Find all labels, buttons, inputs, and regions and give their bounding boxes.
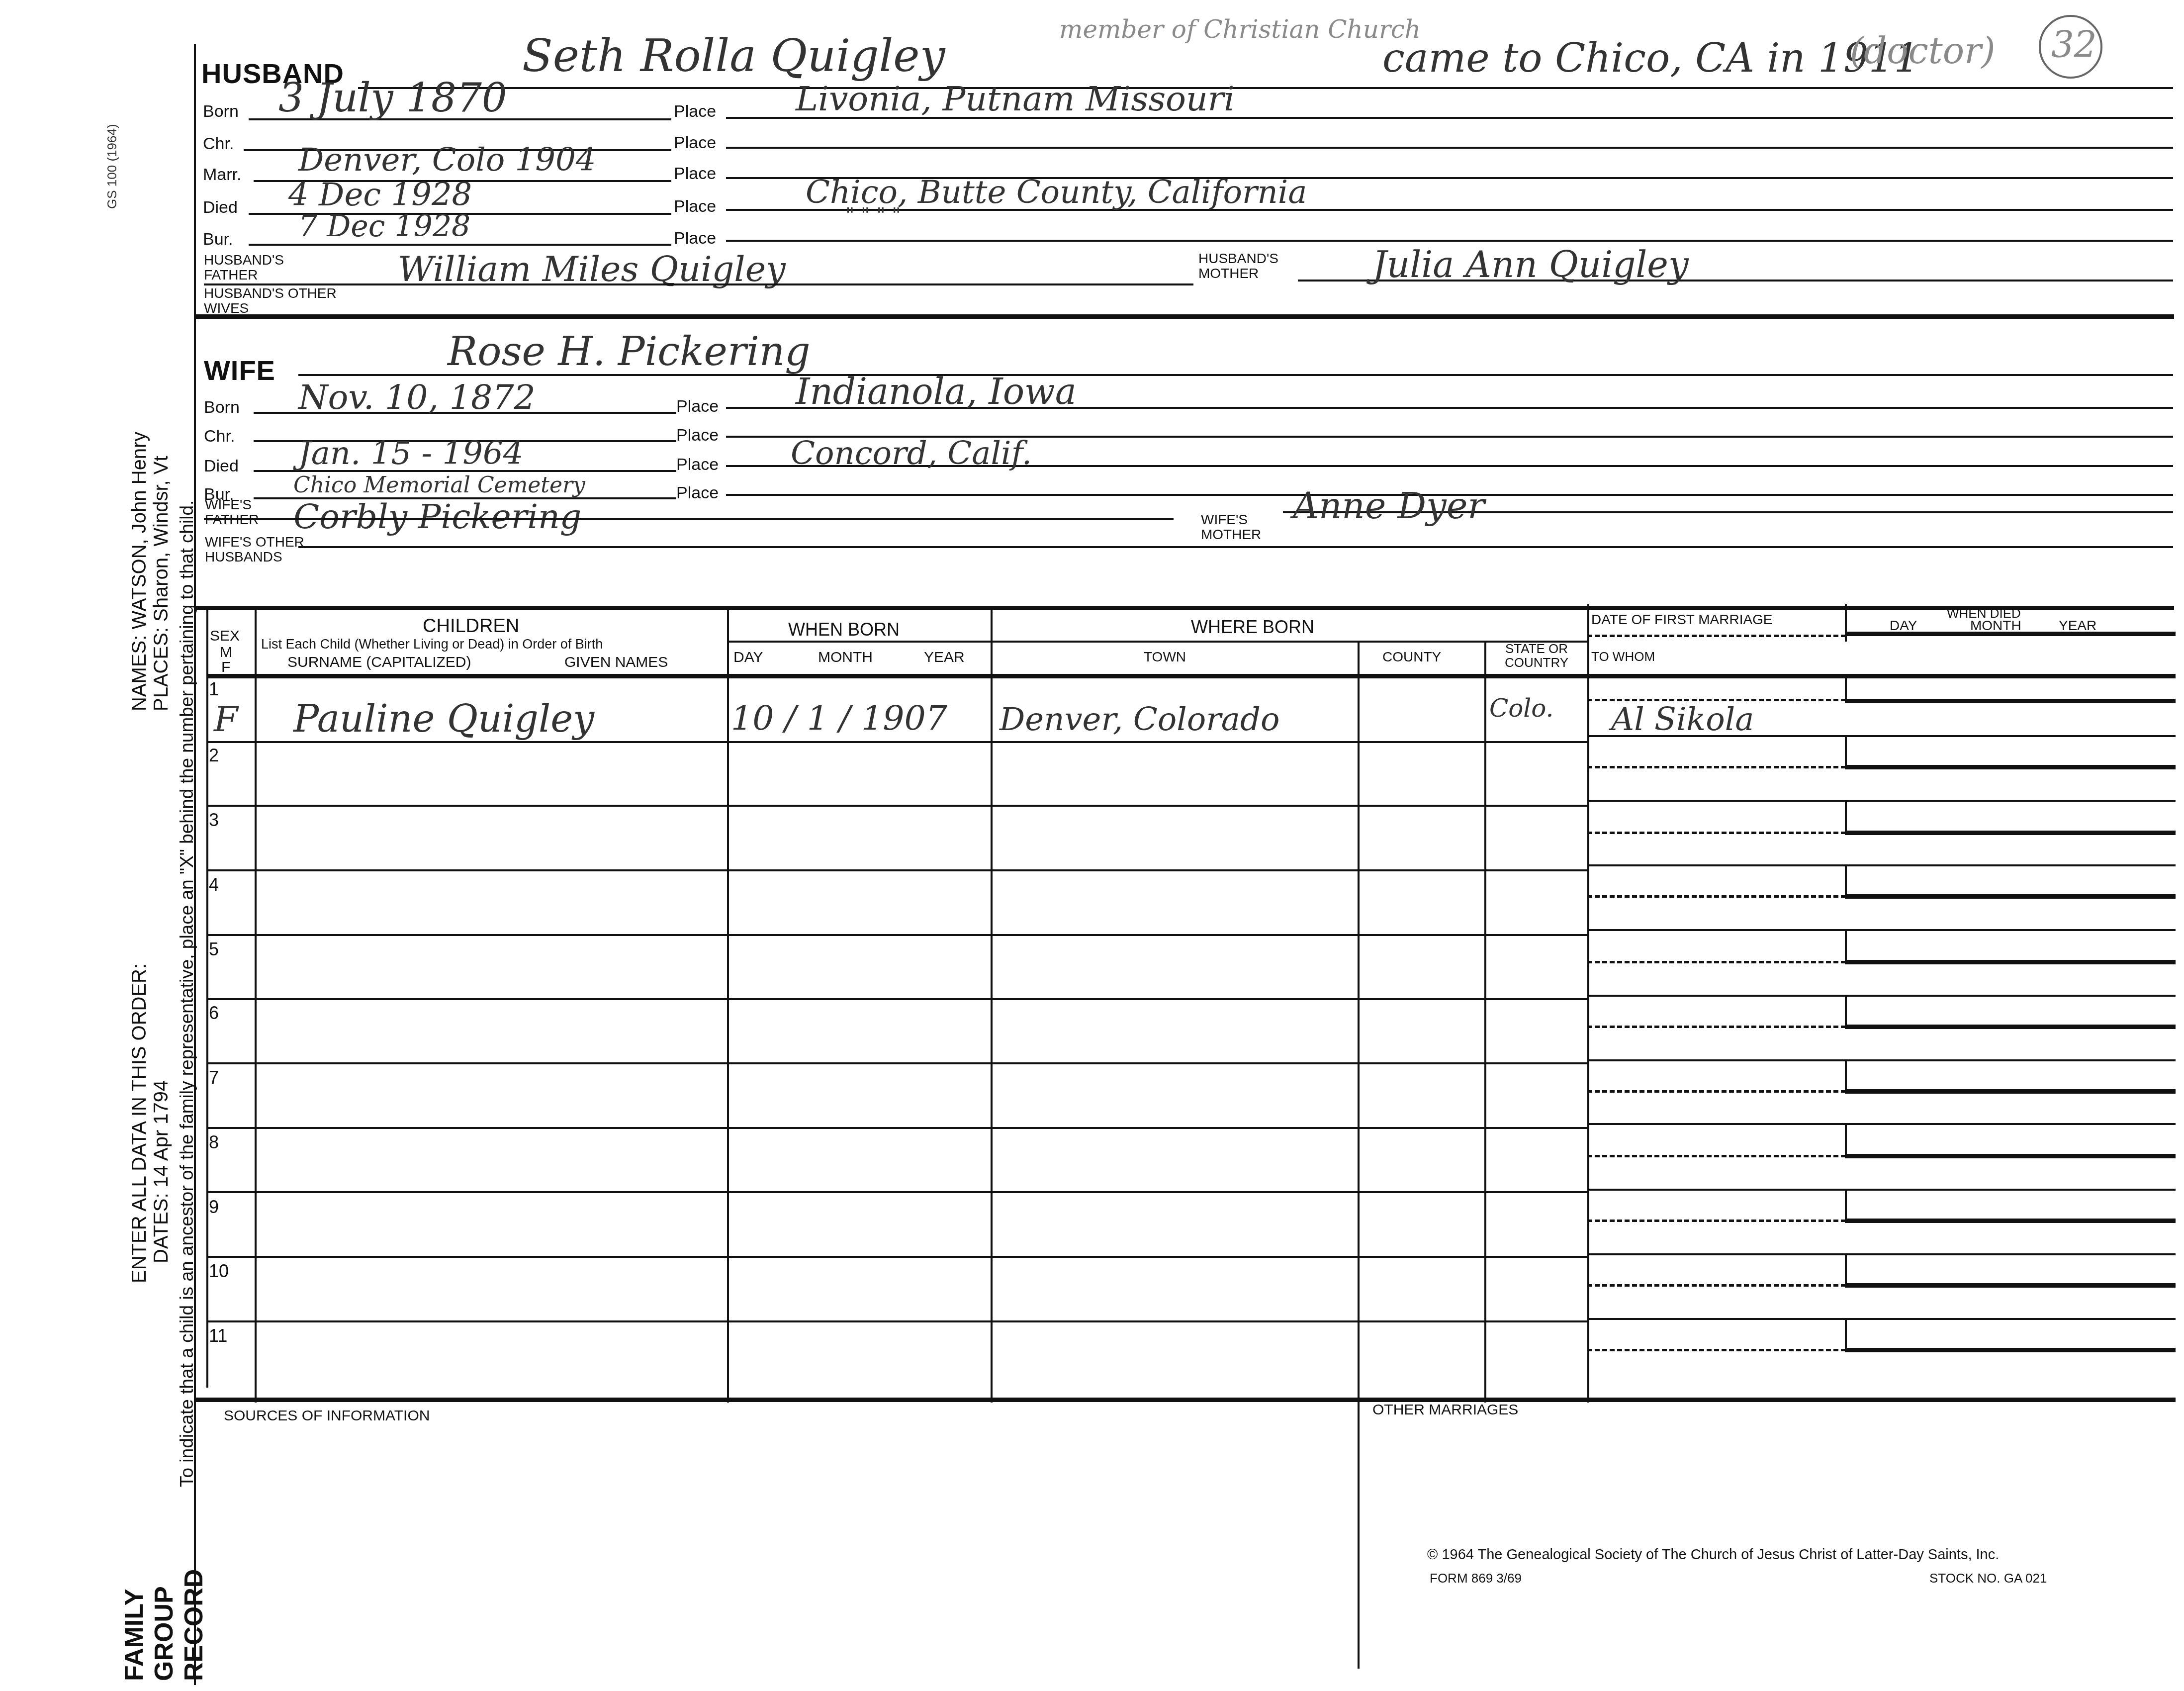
instruction-places: PLACES: Sharon, Windsr, Vt bbox=[150, 456, 173, 711]
husband-name[interactable]: Seth Rolla Quigley bbox=[522, 30, 945, 82]
col-sex-divider bbox=[255, 609, 257, 1403]
right-row-line-6 bbox=[1587, 1059, 2176, 1061]
row-line-2 bbox=[206, 805, 1587, 807]
table-bottom-line bbox=[195, 1398, 2176, 1402]
frame-left-border bbox=[194, 44, 196, 1685]
wife-died-place-label: Place bbox=[676, 455, 719, 474]
died-line-3 bbox=[1845, 831, 2176, 835]
died-vline-3 bbox=[1845, 800, 1847, 833]
header-children: CHILDREN bbox=[423, 616, 519, 637]
instruction-names: NAMES: WATSON, John Henry bbox=[128, 432, 151, 711]
husband-born-place[interactable]: Livonia, Putnam Missouri bbox=[796, 80, 1235, 119]
husband-bur-label: Bur. bbox=[203, 230, 233, 249]
husband-marr-place-label: Place bbox=[674, 164, 716, 184]
died-vline-11 bbox=[1845, 1318, 1847, 1350]
row-number-2: 2 bbox=[209, 745, 219, 766]
died-line-10 bbox=[1845, 1283, 2176, 1288]
header-county: COUNTY bbox=[1382, 649, 1441, 665]
husband-born-date[interactable]: 3 July 1870 bbox=[278, 75, 507, 121]
header-month: MONTH bbox=[818, 649, 873, 666]
right-row-line-9 bbox=[1587, 1253, 2176, 1255]
col-county-divider bbox=[1484, 641, 1486, 1403]
header-year: YEAR bbox=[924, 649, 965, 666]
died-line-11 bbox=[1845, 1348, 2176, 1352]
marr-dash-2 bbox=[1587, 766, 1846, 768]
wife-chr-label: Chr. bbox=[204, 427, 235, 446]
husband-bur-date-line bbox=[249, 244, 671, 246]
header-bottom-line bbox=[206, 674, 2176, 678]
child-1-town[interactable]: Denver, Colorado bbox=[1000, 701, 1279, 738]
husband-mother[interactable]: Julia Ann Quigley bbox=[1372, 244, 1689, 285]
row-number-3: 3 bbox=[209, 810, 219, 831]
row-number-9: 9 bbox=[209, 1197, 219, 1218]
died-vline-7 bbox=[1845, 1059, 1847, 1091]
husband-section-divider bbox=[195, 314, 2174, 319]
row-line-7 bbox=[206, 1127, 1587, 1129]
header-sex-f: F bbox=[221, 659, 230, 676]
husband-marr-label: Marr. bbox=[203, 165, 241, 185]
instruction-dates: DATES: 14 Apr 1794 bbox=[150, 1080, 173, 1263]
marr-dash-6 bbox=[1587, 1026, 1846, 1028]
row-line-6 bbox=[206, 1062, 1587, 1064]
row-number-11: 11 bbox=[209, 1325, 227, 1346]
header-children-sub: List Each Child (Whether Living or Dead)… bbox=[261, 637, 603, 652]
form-title-group: GROUP bbox=[149, 1586, 179, 1681]
marr-dash-4 bbox=[1587, 895, 1846, 898]
marr-dash-9 bbox=[1587, 1220, 1846, 1222]
right-row-line-5 bbox=[1587, 995, 2176, 997]
died-vline-4 bbox=[1845, 864, 1847, 896]
wife-other-husbands-label: WIFE'S OTHER HUSBANDS bbox=[205, 535, 314, 564]
died-vline-1 bbox=[1845, 675, 1847, 701]
died-vline-6 bbox=[1845, 995, 1847, 1027]
header-subrow-line bbox=[727, 641, 1587, 643]
header-day: DAY bbox=[733, 649, 763, 666]
header-died-year: YEAR bbox=[2059, 618, 2096, 634]
husband-bur-place[interactable]: " " " " bbox=[845, 204, 901, 227]
died-vline-5 bbox=[1845, 929, 1847, 961]
wife-died-label: Died bbox=[204, 457, 239, 476]
row-line-10 bbox=[206, 1320, 1587, 1322]
husband-other-wives-label: HUSBAND'S OTHER WIVES bbox=[204, 286, 343, 316]
wife-born-date[interactable]: Nov. 10, 1872 bbox=[298, 378, 536, 417]
husband-born-place-label: Place bbox=[674, 102, 716, 121]
row-number-8: 8 bbox=[209, 1132, 219, 1153]
header-to-whom: TO WHOM bbox=[1591, 649, 1655, 664]
row-line-1 bbox=[206, 741, 1587, 743]
wife-mother-label: WIFE'S MOTHER bbox=[1201, 512, 1290, 542]
died-line-2 bbox=[1845, 765, 2176, 769]
record-number: 32 bbox=[2051, 24, 2097, 66]
marr-dash-3 bbox=[1587, 832, 1846, 834]
husband-chr-place-label: Place bbox=[674, 133, 716, 153]
wife-bur-date[interactable]: Chico Memorial Cemetery bbox=[293, 472, 585, 498]
husband-name-line bbox=[358, 87, 2173, 89]
wife-born-label: Born bbox=[204, 398, 240, 417]
header-state-country: STATE OR COUNTRY bbox=[1489, 642, 1584, 669]
row-line-3 bbox=[206, 869, 1587, 871]
row-line-5 bbox=[206, 998, 1587, 1000]
died-line-1 bbox=[1845, 699, 2176, 703]
row-number-4: 4 bbox=[209, 874, 219, 895]
header-town: TOWN bbox=[1144, 649, 1186, 665]
header-given-names: GIVEN NAMES bbox=[564, 654, 668, 671]
header-surname: SURNAME (CAPITALIZED) bbox=[287, 654, 471, 671]
wife-died-place[interactable]: Concord, Calif. bbox=[791, 435, 1032, 472]
col-whenborn-divider bbox=[991, 609, 993, 1403]
husband-bur-date[interactable]: 7 Dec 1928 bbox=[298, 209, 470, 244]
marr-dash-5 bbox=[1587, 961, 1846, 963]
header-where-born: WHERE BORN bbox=[1191, 617, 1314, 638]
header-died-day: DAY bbox=[1890, 618, 1917, 634]
wife-born-place[interactable]: Indianola, Iowa bbox=[796, 371, 1077, 412]
died-vline-10 bbox=[1845, 1253, 1847, 1285]
header-sex-m: M bbox=[220, 644, 232, 661]
row-number-6: 6 bbox=[209, 1003, 219, 1024]
died-line-7 bbox=[1845, 1089, 2176, 1094]
husband-bur-place-label: Place bbox=[674, 229, 716, 248]
marr-dash-11 bbox=[1587, 1349, 1846, 1351]
row-line-4 bbox=[206, 934, 1587, 936]
sources-other-divider bbox=[1358, 1400, 1360, 1669]
wife-label: WIFE bbox=[204, 354, 275, 386]
wife-other-husbands-line bbox=[298, 546, 2173, 548]
col-town-divider bbox=[1358, 641, 1360, 1403]
form-code-top: GS 100 (1964) bbox=[104, 124, 120, 209]
died-vline-9 bbox=[1845, 1189, 1847, 1221]
header-when-born: WHEN BORN bbox=[788, 619, 900, 640]
header-marriage-dash bbox=[1587, 635, 1846, 637]
wife-bur-place-label: Place bbox=[676, 483, 719, 503]
wife-mother[interactable]: Anne Dyer bbox=[1293, 485, 1485, 527]
wife-section-divider bbox=[195, 606, 2174, 610]
wife-father-line bbox=[204, 518, 1174, 520]
row-line-8 bbox=[206, 1191, 1587, 1193]
form-number: FORM 869 3/69 bbox=[1430, 1571, 1522, 1586]
copyright-text: © 1964 The Genealogical Society of The C… bbox=[1427, 1547, 1999, 1563]
died-line-4 bbox=[1845, 894, 2176, 899]
husband-died-place-label: Place bbox=[674, 197, 716, 216]
instruction-enter-order: ENTER ALL DATA IN THIS ORDER: bbox=[128, 963, 151, 1283]
right-row-line-3 bbox=[1587, 864, 2176, 866]
husband-bur-place-line bbox=[726, 240, 2173, 242]
wife-father[interactable]: Corbly Pickering bbox=[293, 497, 581, 537]
marr-dash-8 bbox=[1587, 1155, 1846, 1157]
row-number-1: 1 bbox=[209, 679, 219, 700]
husband-chr-place-line bbox=[726, 147, 2173, 149]
right-row-line-8 bbox=[1587, 1189, 2176, 1191]
wife-chr-place-label: Place bbox=[676, 426, 719, 445]
col-state-divider bbox=[1587, 604, 1589, 1403]
child-1-sex[interactable]: F bbox=[214, 699, 238, 740]
form-title-family: FAMILY bbox=[119, 1589, 149, 1681]
child-1-born[interactable]: 10 / 1 / 1907 bbox=[731, 699, 947, 738]
header-died-month: MONTH bbox=[1970, 618, 2021, 634]
died-line-8 bbox=[1845, 1154, 2176, 1158]
husband-chr-label: Chr. bbox=[203, 134, 234, 154]
header-sex: SEX bbox=[210, 628, 240, 645]
col-name-divider bbox=[727, 609, 729, 1403]
died-line-5 bbox=[1845, 960, 2176, 964]
child-1-name[interactable]: Pauline Quigley bbox=[293, 696, 594, 741]
husband-born-label: Born bbox=[203, 102, 239, 121]
husband-died-label: Died bbox=[203, 198, 238, 217]
right-row-line-10 bbox=[1587, 1318, 2176, 1320]
other-marriages-label: OTHER MARRIAGES bbox=[1372, 1402, 1518, 1418]
husband-note-church: member of Christian Church bbox=[1059, 15, 1421, 44]
stock-number: STOCK NO. GA 021 bbox=[1929, 1571, 2047, 1586]
row-number-10: 10 bbox=[209, 1261, 229, 1282]
row-number-7: 7 bbox=[209, 1067, 219, 1088]
died-vline-2 bbox=[1845, 735, 1847, 767]
husband-mother-label: HUSBAND'S MOTHER bbox=[1198, 251, 1298, 281]
wife-name[interactable]: Rose H. Pickering bbox=[448, 328, 810, 375]
child-1-state[interactable]: Colo. bbox=[1489, 694, 1553, 723]
marr-dash-7 bbox=[1587, 1090, 1846, 1093]
died-vline-8 bbox=[1845, 1123, 1847, 1155]
wife-father-label: WIFE'S FATHER bbox=[205, 497, 304, 527]
header-first-marriage: DATE OF FIRST MARRIAGE bbox=[1591, 612, 1773, 628]
row-line-9 bbox=[206, 1256, 1587, 1258]
wife-born-place-label: Place bbox=[676, 397, 719, 416]
sources-label: SOURCES OF INFORMATION bbox=[224, 1408, 430, 1424]
died-line-9 bbox=[1845, 1219, 2176, 1223]
row-number-5: 5 bbox=[209, 939, 219, 960]
child-1-to-whom[interactable]: Al Sikola bbox=[1611, 701, 1754, 738]
marr-dash-10 bbox=[1587, 1284, 1846, 1287]
husband-occupation: (doctor) bbox=[1850, 30, 1996, 72]
husband-died-date[interactable]: 4 Dec 1928 bbox=[288, 177, 472, 213]
died-line-6 bbox=[1845, 1025, 2176, 1029]
right-row-line-2 bbox=[1587, 800, 2176, 802]
husband-father-line bbox=[204, 283, 1193, 285]
husband-father-label: HUSBAND'S FATHER bbox=[204, 253, 313, 282]
husband-note-chico: came to Chico, CA in 1911 bbox=[1382, 35, 1919, 81]
right-row-line-7 bbox=[1587, 1123, 2176, 1125]
husband-marr-date[interactable]: Denver, Colo 1904 bbox=[298, 142, 596, 179]
wife-died-date[interactable]: Jan. 15 - 1964 bbox=[298, 435, 523, 472]
right-row-line-4 bbox=[1587, 929, 2176, 931]
